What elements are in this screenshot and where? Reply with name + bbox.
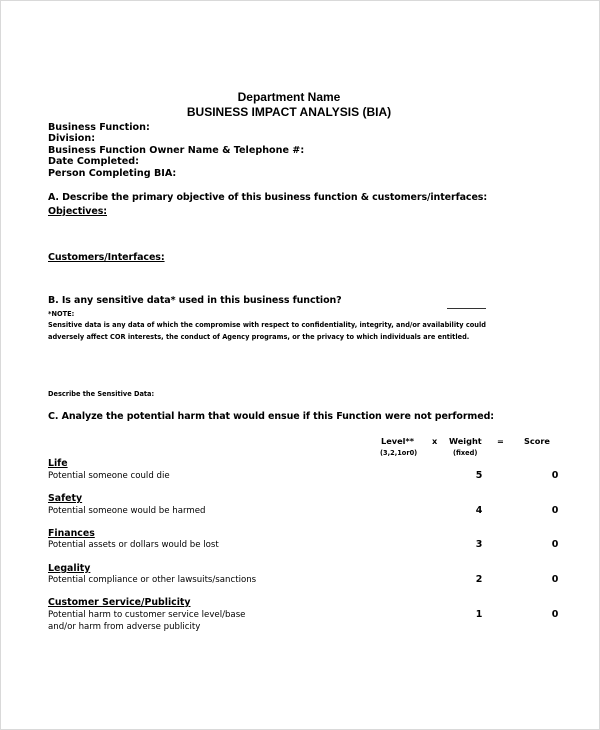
- col-times-symbol: x: [432, 436, 437, 446]
- objectives-label: Objectives:: [48, 206, 107, 217]
- category-description-legality: Potential compliance or other lawsuits/s…: [48, 574, 256, 586]
- col-level-header: Level**: [381, 436, 414, 446]
- weight-life: 5: [469, 470, 489, 481]
- meta-person-completing: Person Completing BIA:: [48, 168, 304, 179]
- customers-interfaces-label: Customers/Interfaces:: [48, 252, 165, 263]
- score-customer-service-publicity: 0: [545, 609, 565, 620]
- section-b-question: B. Is any sensitive data* used in this b…: [48, 295, 342, 306]
- meta-date-completed: Date Completed:: [48, 156, 304, 167]
- document-page: Department Name BUSINESS IMPACT ANALYSIS…: [0, 0, 600, 730]
- category-title-finances: Finances: [48, 528, 95, 539]
- col-weight-subheader: (fixed): [453, 449, 477, 457]
- score-safety: 0: [545, 505, 565, 516]
- meta-division: Division:: [48, 133, 304, 144]
- category-title-legality: Legality: [48, 563, 90, 574]
- weight-finances: 3: [469, 539, 489, 550]
- col-equals-symbol: =: [497, 436, 504, 446]
- weight-safety: 4: [469, 505, 489, 516]
- category-description-life: Potential someone could die: [48, 470, 170, 482]
- score-finances: 0: [545, 539, 565, 550]
- describe-sensitive-data-label: Describe the Sensitive Data:: [48, 390, 154, 398]
- section-c-question: C. Analyze the potential harm that would…: [48, 411, 494, 422]
- score-legality: 0: [545, 574, 565, 585]
- col-weight-header: Weight: [449, 436, 482, 446]
- note-label: *NOTE:: [48, 310, 74, 318]
- document-title: BUSINESS IMPACT ANALYSIS (BIA): [1, 105, 577, 119]
- category-title-safety: Safety: [48, 493, 82, 504]
- category-description-customer-service-publicity: Potential harm to customer service level…: [48, 609, 245, 634]
- col-score-header: Score: [524, 436, 550, 446]
- category-title-life: Life: [48, 458, 68, 469]
- sensitive-data-answer-line[interactable]: [447, 308, 486, 309]
- score-life: 0: [545, 470, 565, 481]
- category-description-finances: Potential assets or dollars would be los…: [48, 539, 219, 551]
- col-level-subheader: (3,2,1or0): [380, 449, 417, 457]
- meta-owner-name-telephone: Business Function Owner Name & Telephone…: [48, 145, 304, 156]
- category-description-safety: Potential someone would be harmed: [48, 505, 206, 517]
- section-a-question: A. Describe the primary objective of thi…: [48, 192, 487, 203]
- category-title-customer-service-publicity: Customer Service/Publicity: [48, 597, 191, 608]
- weight-legality: 2: [469, 574, 489, 585]
- note-text: Sensitive data is any data of which the …: [48, 320, 488, 343]
- meta-business-function: Business Function:: [48, 122, 304, 133]
- department-name: Department Name: [1, 90, 577, 104]
- meta-fields: Business Function: Division: Business Fu…: [48, 122, 304, 179]
- weight-customer-service-publicity: 1: [469, 609, 489, 620]
